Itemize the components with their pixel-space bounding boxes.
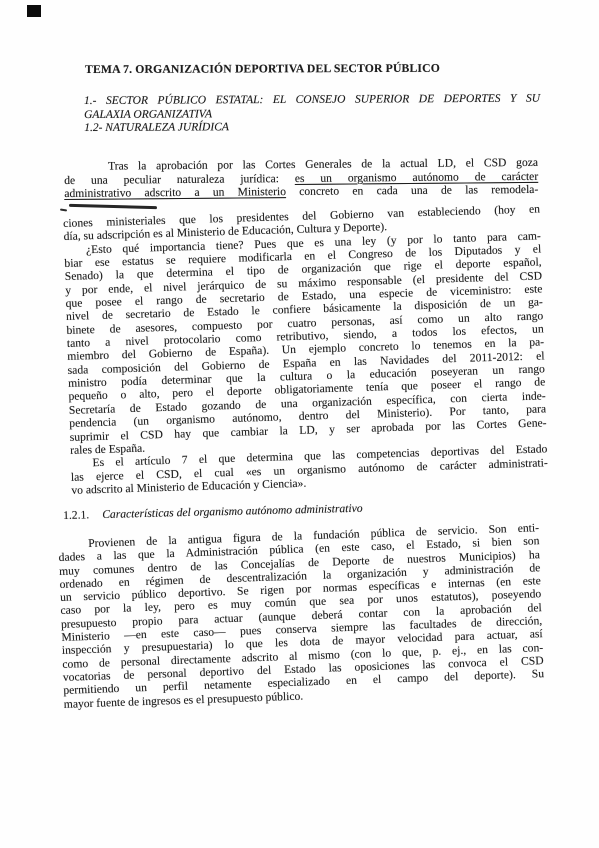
subsection-heading: 1.2.1.Características del organismo autó… <box>63 497 543 522</box>
text-segment: de una peculiar naturaleza jurídica: <box>64 172 295 187</box>
paragraph-body: ciones ministeriales que los presidentes… <box>63 202 548 497</box>
text-segment: concreto en cada una de las remodela- <box>286 183 538 198</box>
section-heading-line: 1.- SECTOR PÚBLICO ESTATAL: EL CONSEJO S… <box>84 93 540 109</box>
section-heading-line: 1.2- NATURALEZA JURÍDICA <box>84 120 540 136</box>
section-heading: 1.- SECTOR PÚBLICO ESTATAL: EL CONSEJO S… <box>84 93 540 136</box>
paragraph-intro: Tras la aprobación por las Cortes Genera… <box>64 156 538 201</box>
scan-corner-mark <box>27 5 41 17</box>
underlined-text: es un organismo autónomo de carácter <box>295 170 538 185</box>
pen-mark-icon <box>60 208 67 211</box>
scanned-document-page: TEMA 7. ORGANIZACIÓN DEPORTIVA DEL SECTO… <box>0 0 599 848</box>
subsection-title: Características del organismo autónomo a… <box>102 502 363 521</box>
paragraph-final: Provienen de la antigua figura de la fun… <box>58 521 545 711</box>
page-title: TEMA 7. ORGANIZACIÓN DEPORTIVA DEL SECTO… <box>85 61 545 76</box>
pen-mark-icon <box>69 203 157 208</box>
subsection-number: 1.2.1. <box>63 508 89 522</box>
text-line: administrativo adscrito a un Ministerio … <box>64 183 538 201</box>
underlined-text: administrativo adscrito a un Ministerio <box>64 185 286 200</box>
